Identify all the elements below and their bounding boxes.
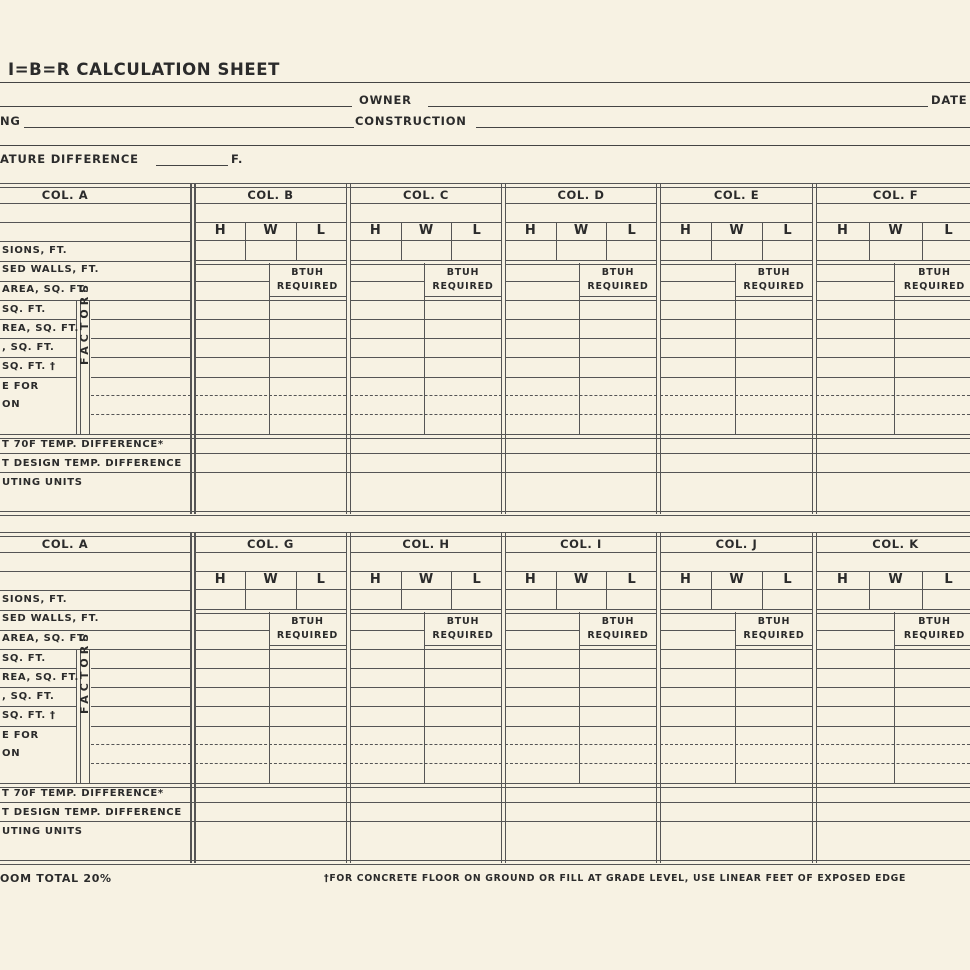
col-dash [505, 763, 657, 764]
height-header: H [195, 223, 245, 238]
col-line [505, 630, 579, 631]
col-a-row-line [0, 630, 191, 631]
height-header: H [505, 572, 556, 587]
construction-label: CONSTRUCTION [355, 114, 467, 128]
dimension-input-cell[interactable] [296, 590, 346, 608]
col-line [350, 203, 502, 204]
row-label: AREA, SQ. FT. [2, 633, 88, 644]
dimension-input-cell[interactable] [660, 590, 711, 608]
col-line [195, 687, 346, 688]
col-line [505, 377, 657, 378]
col-dash [350, 744, 502, 745]
col-line [660, 338, 813, 339]
col-line [505, 203, 657, 204]
dimension-input-cell[interactable] [195, 241, 245, 259]
required-label: REQUIRED [743, 281, 804, 292]
table-bottom-border [0, 511, 970, 516]
height-header: H [816, 572, 869, 587]
col-line [660, 377, 813, 378]
col-line [195, 726, 346, 727]
factor-value-line [91, 338, 191, 339]
col-line [505, 357, 657, 358]
col-line [816, 357, 970, 358]
col-a-row-line [0, 610, 191, 611]
col-line [660, 609, 813, 614]
dimension-input-cell[interactable] [922, 590, 970, 608]
col-line [816, 706, 970, 707]
col-line [195, 609, 346, 614]
col-line [505, 726, 657, 727]
building-field-line[interactable] [24, 127, 354, 128]
dimension-input-cell[interactable] [711, 241, 762, 259]
row-label: , SQ. FT. [2, 691, 55, 702]
temp-diff-unit: F. [231, 152, 243, 166]
col-line [816, 726, 970, 727]
row-label: SED WALLS, FT. [2, 264, 99, 275]
dimension-input-cell[interactable] [869, 590, 922, 608]
row-label: SQ. FT. † [2, 361, 56, 372]
row-label: SIONS, FT. [2, 245, 67, 256]
col-line [660, 649, 813, 650]
col-line [350, 377, 502, 378]
required-label: REQUIRED [432, 281, 493, 292]
dimension-input-cell[interactable] [451, 241, 502, 259]
page-title: I=B=R CALCULATION SHEET [8, 60, 280, 79]
factor-value-line [91, 357, 191, 358]
title-rule [0, 82, 970, 83]
col-line [816, 552, 970, 553]
col-line [816, 260, 970, 265]
dimension-input-cell[interactable] [245, 590, 295, 608]
col-line [816, 281, 894, 282]
table-bottom-border [0, 860, 970, 865]
row-label: SQ. FT. † [2, 710, 56, 721]
row-label: AREA, SQ. FT. [2, 284, 88, 295]
summary-row-line [0, 472, 970, 473]
col-line [350, 687, 502, 688]
col-line [195, 203, 346, 204]
length-header: L [762, 572, 813, 587]
column-header: COL. G [195, 537, 346, 551]
col-line [660, 668, 813, 669]
row-label: T DESIGN TEMP. DIFFERENCE [2, 458, 182, 469]
col-line [816, 203, 970, 204]
dimension-input-cell[interactable] [711, 590, 762, 608]
dimension-input-cell[interactable] [606, 241, 657, 259]
dimension-input-cell[interactable] [922, 241, 970, 259]
dimension-input-cell[interactable] [762, 590, 813, 608]
col-line [195, 668, 346, 669]
length-header: L [296, 223, 346, 238]
col-dash [195, 395, 346, 396]
length-header: L [451, 223, 502, 238]
col-a-row-line [0, 590, 191, 591]
dimension-input-cell[interactable] [350, 241, 401, 259]
row-label: E FOR [2, 730, 39, 741]
col-line [350, 357, 502, 358]
width-header: W [711, 223, 762, 238]
col-dash [350, 395, 502, 396]
col-line [660, 260, 813, 265]
col-dash [660, 744, 813, 745]
col-line [505, 281, 579, 282]
col-line [195, 260, 346, 265]
width-header: W [869, 572, 922, 587]
height-header: H [505, 223, 556, 238]
factor-row-line [0, 726, 76, 727]
row-label: REA, SQ. FT. [2, 323, 79, 334]
col-line [660, 630, 735, 631]
btuh-label: BTUH [447, 616, 480, 627]
dimension-input-cell[interactable] [245, 241, 295, 259]
col-line [350, 319, 502, 320]
col-line [350, 668, 502, 669]
col-line [195, 338, 346, 339]
width-header: W [869, 223, 922, 238]
col-a-header: COL. A [0, 188, 130, 202]
width-header: W [401, 223, 452, 238]
btuh-required-header: BTUHREQUIRED [269, 266, 346, 294]
row-label: T DESIGN TEMP. DIFFERENCE [2, 807, 182, 818]
column-header: COL. J [660, 537, 813, 551]
column-header: COL. E [660, 188, 813, 202]
required-label: REQUIRED [277, 281, 338, 292]
length-header: L [922, 572, 970, 587]
date-label: DATE [931, 93, 967, 107]
summary-row-line [0, 802, 970, 803]
col-line [350, 300, 502, 301]
row-label: SQ. FT. [2, 304, 46, 315]
col-line [350, 726, 502, 727]
row-label: T 70F TEMP. DIFFERENCE* [2, 788, 164, 799]
col-a-row-line [0, 203, 191, 204]
footnote-room-total: OOM TOTAL 20% [0, 872, 112, 885]
factor-value-line [91, 706, 191, 707]
construction-field-line[interactable] [476, 127, 970, 128]
column-header: COL. K [816, 537, 970, 551]
upper-calc-table: COL. AFACTORSSIONS, FT.SED WALLS, FT.ARE… [0, 183, 970, 514]
col-line [660, 706, 813, 707]
btuh-label: BTUH [918, 616, 951, 627]
factor-row-line [0, 319, 76, 320]
col-line [350, 630, 424, 631]
col-dash [816, 744, 970, 745]
col-line [505, 338, 657, 339]
col-line [505, 300, 657, 301]
dimension-input-cell[interactable] [606, 590, 657, 608]
col-dash [350, 414, 502, 415]
btuh-label: BTUH [291, 267, 324, 278]
col-line [350, 706, 502, 707]
col-line [660, 687, 813, 688]
col-dash [195, 414, 346, 415]
factor-row-line [0, 687, 76, 688]
factor-value-line [91, 687, 191, 688]
factor-value-line [91, 726, 191, 727]
column-header: COL. H [350, 537, 502, 551]
row-label: SIONS, FT. [2, 594, 67, 605]
col-line [195, 281, 269, 282]
dimension-input-cell[interactable] [816, 590, 869, 608]
dimension-input-cell[interactable] [556, 241, 607, 259]
required-label: REQUIRED [743, 630, 804, 641]
length-header: L [451, 572, 502, 587]
summary-row-line [0, 821, 970, 822]
factor-row-line [0, 377, 76, 378]
col-line [816, 609, 970, 614]
col-dash [350, 763, 502, 764]
col-line [816, 668, 970, 669]
dimension-input-cell[interactable] [869, 241, 922, 259]
temp-diff-label: ATURE DIFFERENCE [0, 152, 139, 166]
dimension-input-cell[interactable] [401, 241, 452, 259]
factor-dash-line [91, 763, 191, 764]
factor-row-line [0, 357, 76, 358]
btuh-label: BTUH [602, 267, 635, 278]
col-line [505, 319, 657, 320]
dimension-input-cell[interactable] [296, 241, 346, 259]
col-line [660, 726, 813, 727]
col-dash [660, 763, 813, 764]
height-header: H [195, 572, 245, 587]
col-line [195, 630, 269, 631]
col-a-row-line [0, 571, 191, 572]
col-line [816, 687, 970, 688]
dimension-input-cell[interactable] [660, 241, 711, 259]
col-dash [816, 763, 970, 764]
width-header: W [245, 572, 295, 587]
col-dash [195, 744, 346, 745]
btuh-label: BTUH [918, 267, 951, 278]
required-label: REQUIRED [904, 630, 965, 641]
btuh-label: BTUH [758, 267, 791, 278]
dimension-input-cell[interactable] [816, 241, 869, 259]
required-label: REQUIRED [904, 281, 965, 292]
factor-value-line [91, 319, 191, 320]
dimension-input-cell[interactable] [401, 590, 452, 608]
height-header: H [816, 223, 869, 238]
col-line [505, 687, 657, 688]
col-line [660, 281, 735, 282]
col-line [660, 357, 813, 358]
btuh-label: BTUH [602, 616, 635, 627]
btuh-label: BTUH [447, 267, 480, 278]
row-label: T 70F TEMP. DIFFERENCE* [2, 439, 164, 450]
col-a-header: COL. A [0, 537, 130, 551]
col-line [660, 300, 813, 301]
col-line [816, 319, 970, 320]
dimension-input-cell[interactable] [505, 590, 556, 608]
building-label: NG [0, 114, 21, 128]
col-line [505, 609, 657, 614]
height-header: H [660, 223, 711, 238]
btuh-label: BTUH [758, 616, 791, 627]
col-line [660, 552, 813, 553]
btuh-required-header: BTUHREQUIRED [894, 615, 970, 643]
col-line [195, 706, 346, 707]
btuh-required-header: BTUHREQUIRED [735, 615, 813, 643]
col-dash [816, 414, 970, 415]
col-line [195, 300, 346, 301]
btuh-required-header: BTUHREQUIRED [579, 615, 657, 643]
column-header: COL. I [505, 537, 657, 551]
btuh-required-header: BTUHREQUIRED [269, 615, 346, 643]
length-header: L [606, 572, 657, 587]
summary-row-line [0, 453, 970, 454]
project-field-line[interactable] [0, 106, 352, 107]
col-line [505, 552, 657, 553]
btuh-required-header: BTUHREQUIRED [424, 266, 502, 294]
col-line [816, 630, 894, 631]
row-label: UTING UNITS [2, 826, 83, 837]
col-dash [660, 414, 813, 415]
factor-value-line [91, 668, 191, 669]
owner-field-line[interactable] [428, 106, 928, 107]
row-label: REA, SQ. FT. [2, 672, 79, 683]
height-header: H [350, 223, 401, 238]
col-line [350, 552, 502, 553]
row-label: SED WALLS, FT. [2, 613, 99, 624]
col-line [350, 260, 502, 265]
col-dash [660, 395, 813, 396]
row-label: E FOR [2, 381, 39, 392]
col-line [505, 260, 657, 265]
length-header: L [922, 223, 970, 238]
btuh-required-header: BTUHREQUIRED [579, 266, 657, 294]
col-line [350, 281, 424, 282]
btuh-required-header: BTUHREQUIRED [424, 615, 502, 643]
width-header: W [711, 572, 762, 587]
width-header: W [245, 223, 295, 238]
col-line [350, 649, 502, 650]
col-dash [505, 744, 657, 745]
col-a-row-line [0, 261, 191, 262]
col-line [660, 203, 813, 204]
factor-row-line [0, 338, 76, 339]
blank-line[interactable] [0, 145, 970, 146]
temp-diff-field-line[interactable] [156, 165, 228, 166]
column-header: COL. B [195, 188, 346, 202]
width-header: W [556, 223, 607, 238]
dimension-input-cell[interactable] [762, 241, 813, 259]
row-label: SQ. FT. [2, 653, 46, 664]
height-header: H [350, 572, 401, 587]
col-dash [505, 395, 657, 396]
required-label: REQUIRED [432, 630, 493, 641]
col-a-row-line [0, 300, 191, 301]
length-header: L [606, 223, 657, 238]
col-a-row-line [0, 281, 191, 282]
col-dash [195, 763, 346, 764]
required-label: REQUIRED [277, 630, 338, 641]
lower-calc-table: COL. AFACTORSSIONS, FT.SED WALLS, FT.ARE… [0, 532, 970, 863]
column-header: COL. F [816, 188, 970, 202]
factor-dash-line [91, 395, 191, 396]
col-line [195, 377, 346, 378]
dimension-input-cell[interactable] [556, 590, 607, 608]
column-header: COL. C [350, 188, 502, 202]
col-line [350, 609, 502, 614]
col-line [660, 319, 813, 320]
owner-label: OWNER [359, 93, 412, 107]
width-header: W [556, 572, 607, 587]
row-label: , SQ. FT. [2, 342, 55, 353]
col-line [816, 300, 970, 301]
btuh-required-header: BTUHREQUIRED [735, 266, 813, 294]
footnote-concrete-floor: †FOR CONCRETE FLOOR ON GROUND OR FILL AT… [324, 873, 906, 884]
length-header: L [296, 572, 346, 587]
col-line [816, 338, 970, 339]
col-dash [816, 395, 970, 396]
col-a-row-line [0, 552, 191, 553]
col-line [816, 377, 970, 378]
col-a-row-line [0, 649, 191, 650]
factor-dash-line [91, 744, 191, 745]
col-a-row-line [0, 241, 191, 242]
col-line [195, 649, 346, 650]
column-header: COL. D [505, 188, 657, 202]
dimension-input-cell[interactable] [195, 590, 245, 608]
factor-value-line [91, 377, 191, 378]
btuh-label: BTUH [291, 616, 324, 627]
factor-dash-line [91, 414, 191, 415]
width-header: W [401, 572, 452, 587]
col-line [195, 552, 346, 553]
col-dash [505, 414, 657, 415]
col-line [505, 649, 657, 650]
row-label: UTING UNITS [2, 477, 83, 488]
col-line [195, 319, 346, 320]
height-header: H [660, 572, 711, 587]
col-line [816, 649, 970, 650]
dimension-input-cell[interactable] [451, 590, 502, 608]
col-line [505, 668, 657, 669]
col-line [505, 706, 657, 707]
dimension-input-cell[interactable] [350, 590, 401, 608]
factor-row-line [0, 668, 76, 669]
factor-row-line [0, 706, 76, 707]
dimension-input-cell[interactable] [505, 241, 556, 259]
length-header: L [762, 223, 813, 238]
btuh-required-header: BTUHREQUIRED [894, 266, 970, 294]
required-label: REQUIRED [587, 630, 648, 641]
col-a-row-line [0, 222, 191, 223]
row-label: ON [2, 748, 20, 759]
col-line [350, 338, 502, 339]
required-label: REQUIRED [587, 281, 648, 292]
row-label: ON [2, 399, 20, 410]
col-line [195, 357, 346, 358]
